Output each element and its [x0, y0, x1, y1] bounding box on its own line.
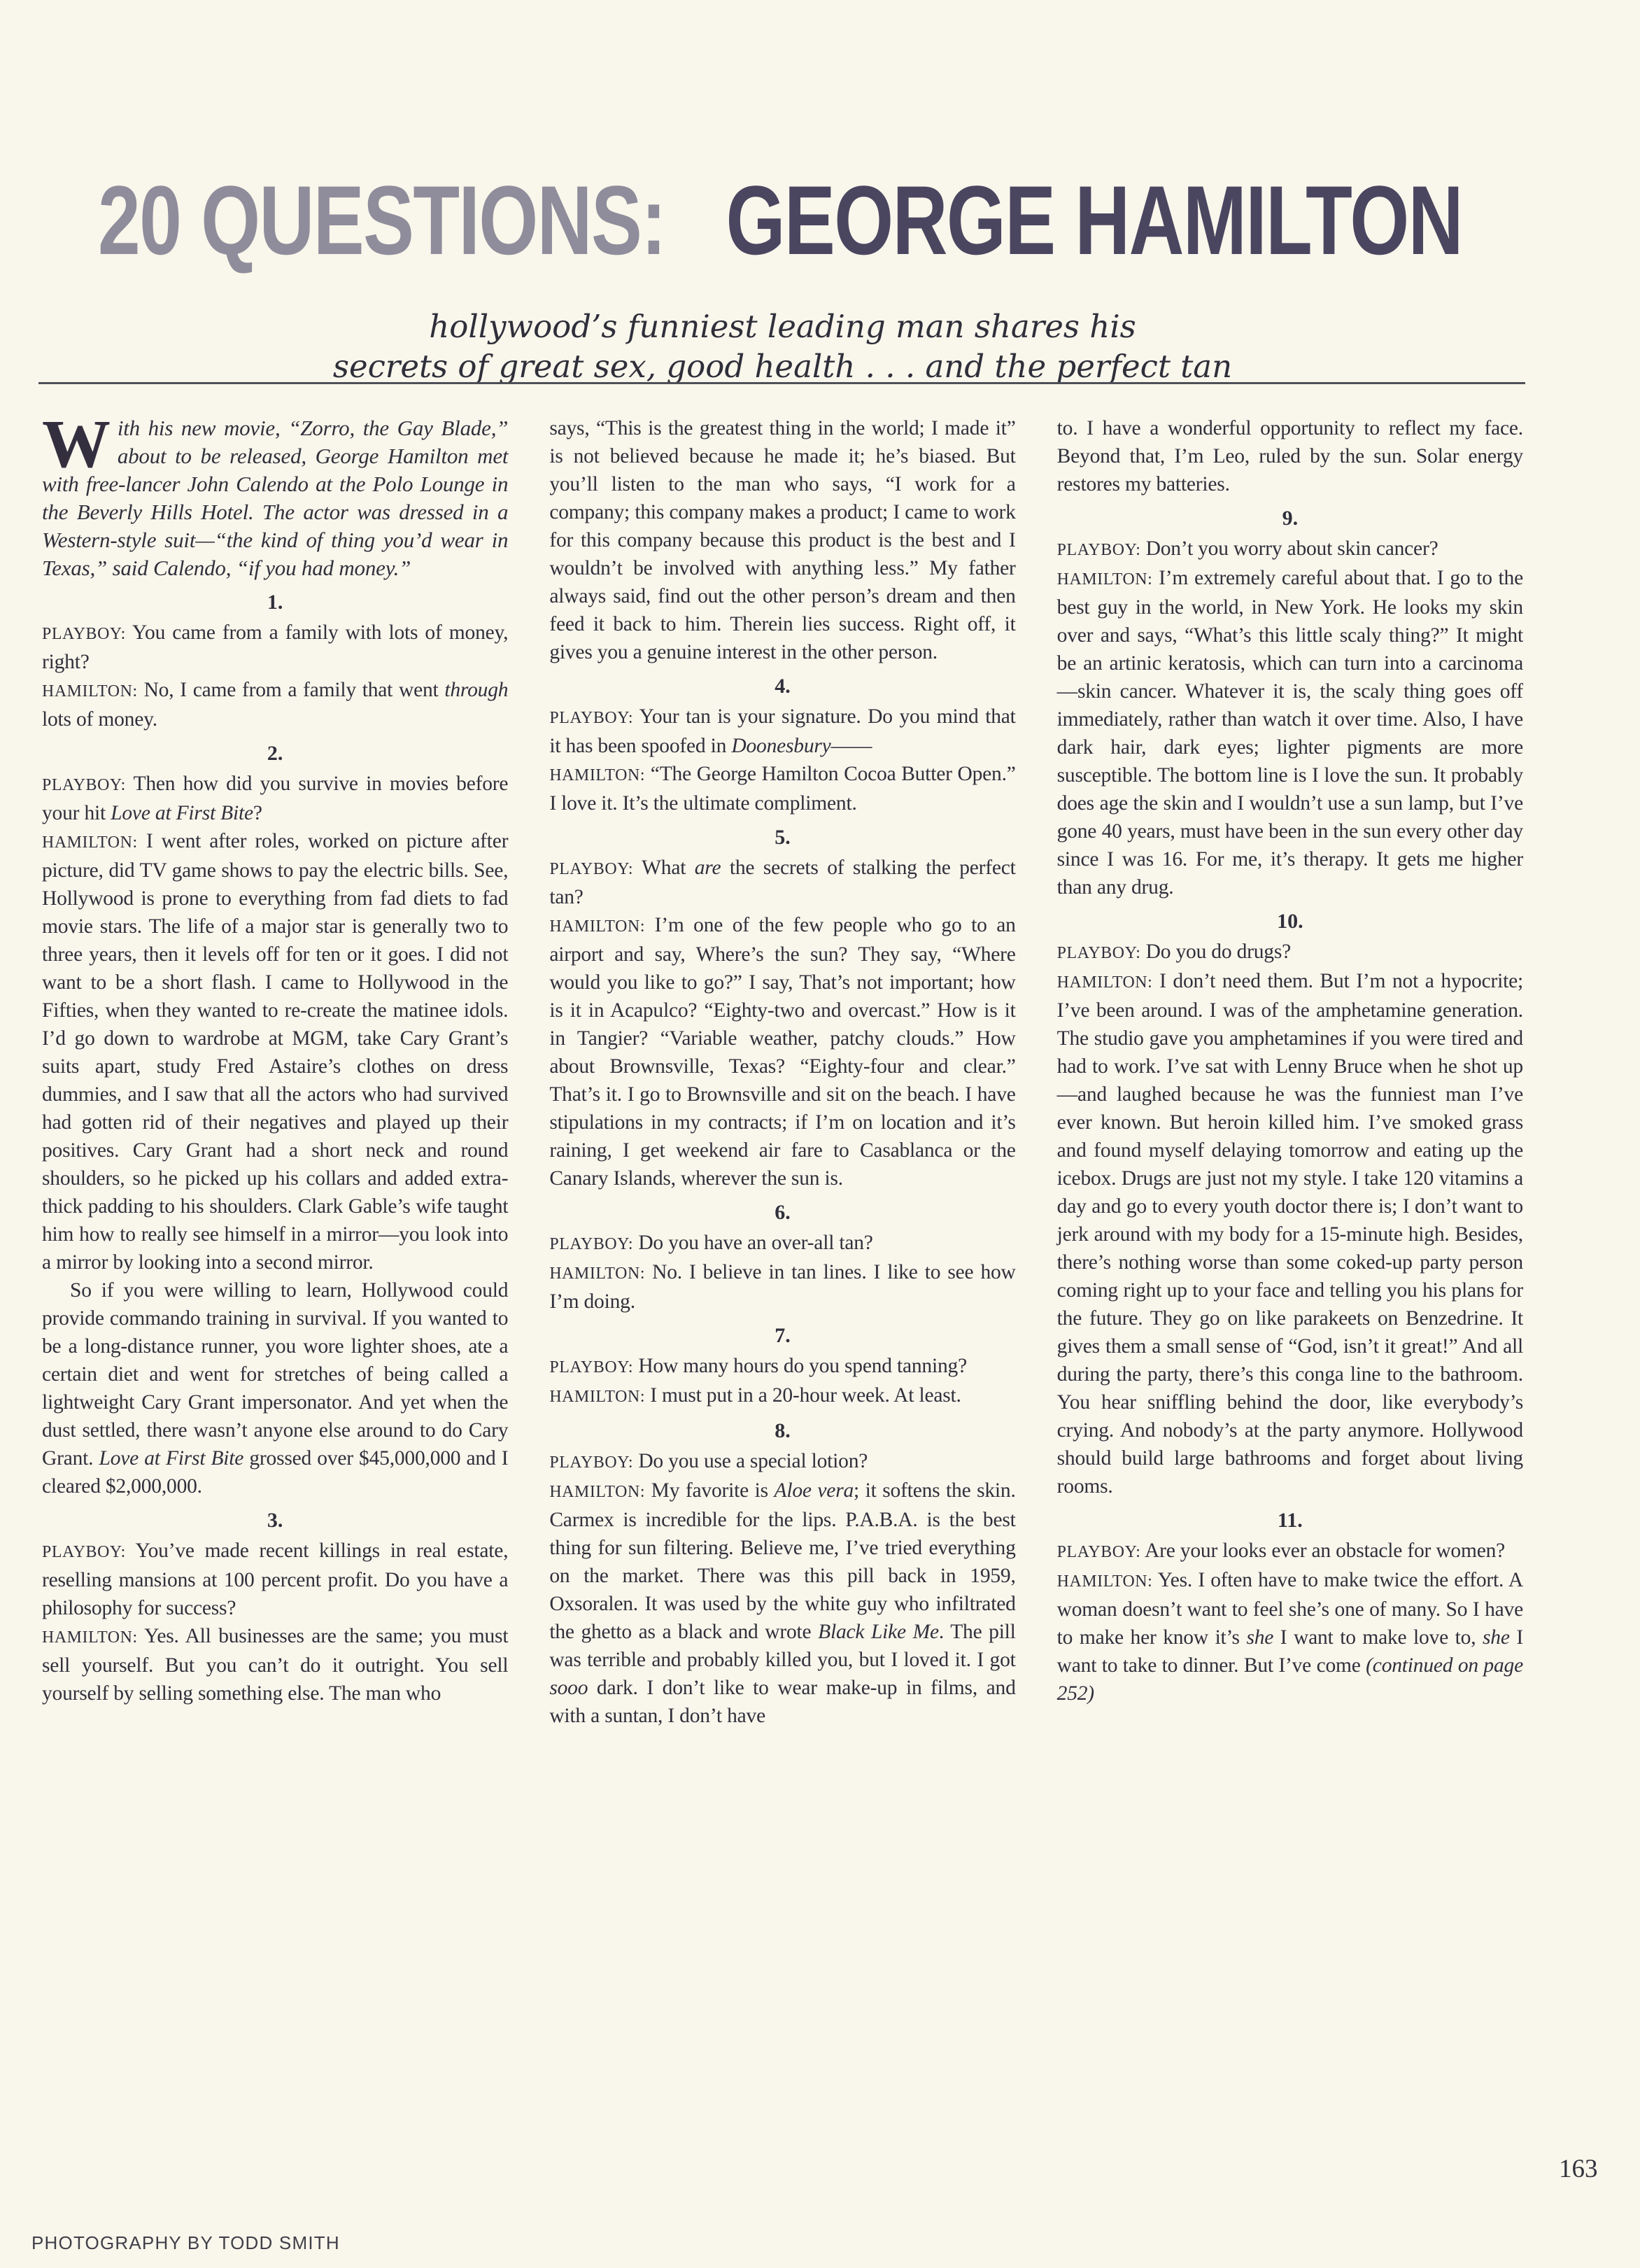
speaker-label: PLAYBOY: — [549, 860, 633, 878]
speaker-label: PLAYBOY: — [549, 1235, 633, 1253]
question-number: 7. — [549, 1322, 1015, 1350]
article-column: to. I have a wonderful opportunity to re… — [1057, 414, 1523, 2181]
speaker-label: HAMILTON: — [42, 1628, 138, 1647]
paragraph: PLAYBOY: Do you have an over-all tan? — [549, 1229, 1015, 1258]
text-segment: I must put in a 20-hour week. At least. — [645, 1384, 961, 1407]
text-segment: Do you do drugs? — [1140, 941, 1291, 963]
speaker-label: HAMILTON: — [549, 766, 645, 784]
text-segment: No, I came from a family that went — [138, 679, 445, 701]
page-number: 163 — [1559, 2154, 1598, 2184]
speaker-label: HAMILTON: — [1057, 570, 1153, 589]
paragraph: HAMILTON: I’m extremely careful about th… — [1057, 564, 1523, 901]
text-segment: So if you were willing to learn, Hollywo… — [42, 1279, 508, 1470]
paragraph: to. I have a wonderful opportunity to re… — [1057, 414, 1523, 498]
photo-credit: PHOTOGRAPHY BY TODD SMITH — [31, 2232, 340, 2254]
paragraph: So if you were willing to learn, Hollywo… — [42, 1276, 508, 1500]
question-number: 6. — [549, 1199, 1015, 1227]
paragraph: HAMILTON: No. I believe in tan lines. I … — [549, 1258, 1015, 1316]
article-column: says, “This is the greatest thing in the… — [549, 414, 1015, 2181]
paragraph: PLAYBOY: Do you do drugs? — [1057, 938, 1523, 967]
text-segment: I want to make love to, — [1273, 1626, 1483, 1649]
question-number: 11. — [1057, 1507, 1523, 1535]
text-segment: Do you have an over-all tan? — [633, 1232, 873, 1254]
paragraph: PLAYBOY: You came from a family with lot… — [42, 619, 508, 676]
text-segment: I don’t need them. But I’m not a hypocri… — [1057, 970, 1523, 1498]
speaker-label: HAMILTON: — [549, 1388, 645, 1406]
text-segment: Doonesbury — [731, 735, 830, 757]
article-subtitle: hollywood’s funniest leading man shares … — [42, 307, 1523, 386]
speaker-label: PLAYBOY: — [1057, 541, 1141, 559]
text-segment: Love at First Bite — [111, 802, 253, 824]
text-segment: ? — [253, 802, 262, 824]
paragraph: PLAYBOY: Do you use a special lotion? — [549, 1447, 1015, 1477]
question-number: 2. — [42, 740, 508, 768]
speaker-label: HAMILTON: — [42, 682, 138, 700]
speaker-label: HAMILTON: — [549, 917, 645, 936]
text-segment: she — [1246, 1626, 1273, 1649]
text-segment: Don’t you worry about skin cancer? — [1140, 537, 1438, 560]
question-number: 4. — [549, 672, 1015, 700]
text-segment: I’m extremely careful about that. I go t… — [1057, 567, 1523, 899]
text-segment: to. I have a wonderful opportunity to re… — [1057, 417, 1523, 495]
text-segment: through — [444, 679, 508, 701]
speaker-label: PLAYBOY: — [549, 709, 633, 727]
text-segment: How many hours do you spend tanning? — [633, 1355, 967, 1377]
title-part-dark: GEORGE HAMILTON — [726, 168, 1462, 273]
intro-paragraph: With his new movie, “Zorro, the Gay Blad… — [42, 414, 508, 582]
speaker-label: PLAYBOY: — [42, 1543, 126, 1561]
question-number: 3. — [42, 1507, 508, 1535]
paragraph: HAMILTON: Yes. I often have to make twic… — [1057, 1566, 1523, 1707]
text-segment: What — [633, 857, 695, 879]
question-number: 1. — [42, 589, 508, 617]
text-segment: are — [695, 857, 721, 879]
text-segment: —— — [831, 735, 872, 757]
text-segment: I went after roles, worked on picture af… — [42, 830, 508, 1274]
paragraph: HAMILTON: “The George Hamilton Cocoa But… — [549, 760, 1015, 817]
paragraph: HAMILTON: I must put in a 20-hour week. … — [549, 1381, 1015, 1411]
text-segment: Black Like Me — [818, 1621, 939, 1643]
paragraph: PLAYBOY: Then how did you survive in mov… — [42, 770, 508, 827]
speaker-label: PLAYBOY: — [549, 1358, 633, 1376]
paragraph: says, “This is the greatest thing in the… — [549, 414, 1015, 666]
paragraph: HAMILTON: I went after roles, worked on … — [42, 827, 508, 1276]
text-segment: ; it softens the skin. Carmex is incredi… — [549, 1479, 1015, 1643]
paragraph: HAMILTON: No, I came from a family that … — [42, 676, 508, 733]
subtitle-line-2: secrets of great sex, good health . . . … — [333, 348, 1232, 385]
text-segment: Love at First Bite — [99, 1447, 244, 1470]
text-segment: Do you use a special lotion? — [633, 1450, 868, 1472]
text-segment: says, “This is the greatest thing in the… — [549, 417, 1015, 663]
text-segment: sooo — [549, 1677, 588, 1699]
speaker-label: PLAYBOY: — [1057, 1543, 1141, 1561]
magazine-page: 20 QUESTIONS: GEORGE HAMILTON hollywood’… — [0, 0, 1640, 2268]
paragraph: HAMILTON: My favorite is Aloe vera; it s… — [549, 1477, 1015, 1730]
text-segment: dark. I don’t like to wear make-up in fi… — [549, 1677, 1015, 1727]
drop-cap: W — [42, 414, 118, 470]
article-column: With his new movie, “Zorro, the Gay Blad… — [42, 414, 508, 2181]
paragraph: HAMILTON: I don’t need them. But I’m not… — [1057, 967, 1523, 1500]
question-number: 9. — [1057, 505, 1523, 533]
speaker-label: HAMILTON: — [1057, 1572, 1153, 1591]
text-segment: lots of money. — [42, 708, 157, 731]
question-number: 8. — [549, 1417, 1015, 1445]
text-segment: Are your looks ever an obstacle for wome… — [1140, 1540, 1505, 1562]
paragraph: HAMILTON: Yes. All businesses are the sa… — [42, 1622, 508, 1707]
article-title: 20 QUESTIONS: GEORGE HAMILTON — [98, 168, 1462, 273]
speaker-label: PLAYBOY: — [42, 625, 126, 643]
speaker-label: HAMILTON: — [1057, 973, 1153, 992]
text-segment: Aloe vera — [775, 1479, 854, 1502]
question-number: 5. — [549, 824, 1015, 852]
paragraph: PLAYBOY: Your tan is your signature. Do … — [549, 703, 1015, 760]
question-number: 10. — [1057, 908, 1523, 936]
paragraph: PLAYBOY: Are your looks ever an obstacle… — [1057, 1537, 1523, 1566]
subtitle-line-1: hollywood’s funniest leading man shares … — [429, 308, 1136, 345]
speaker-label: HAMILTON: — [549, 1483, 645, 1501]
paragraph: PLAYBOY: Don’t you worry about skin canc… — [1057, 535, 1523, 564]
paragraph: PLAYBOY: How many hours do you spend tan… — [549, 1352, 1015, 1381]
speaker-label: PLAYBOY: — [1057, 944, 1141, 962]
paragraph: HAMILTON: I’m one of the few people who … — [549, 911, 1015, 1192]
text-segment: I’m one of the few people who go to an a… — [549, 914, 1015, 1190]
paragraph: PLAYBOY: You’ve made recent killings in … — [42, 1537, 508, 1622]
article-body: With his new movie, “Zorro, the Gay Blad… — [42, 414, 1523, 2181]
title-part-light: 20 QUESTIONS: — [98, 168, 665, 273]
speaker-label: HAMILTON: — [42, 833, 138, 852]
text-segment: she — [1483, 1626, 1510, 1649]
speaker-label: PLAYBOY: — [549, 1453, 633, 1472]
header-rule — [38, 382, 1525, 384]
paragraph: PLAYBOY: What are the secrets of stalkin… — [549, 854, 1015, 911]
speaker-label: PLAYBOY: — [42, 776, 126, 794]
text-segment: My favorite is — [645, 1479, 774, 1502]
speaker-label: HAMILTON: — [549, 1265, 645, 1283]
